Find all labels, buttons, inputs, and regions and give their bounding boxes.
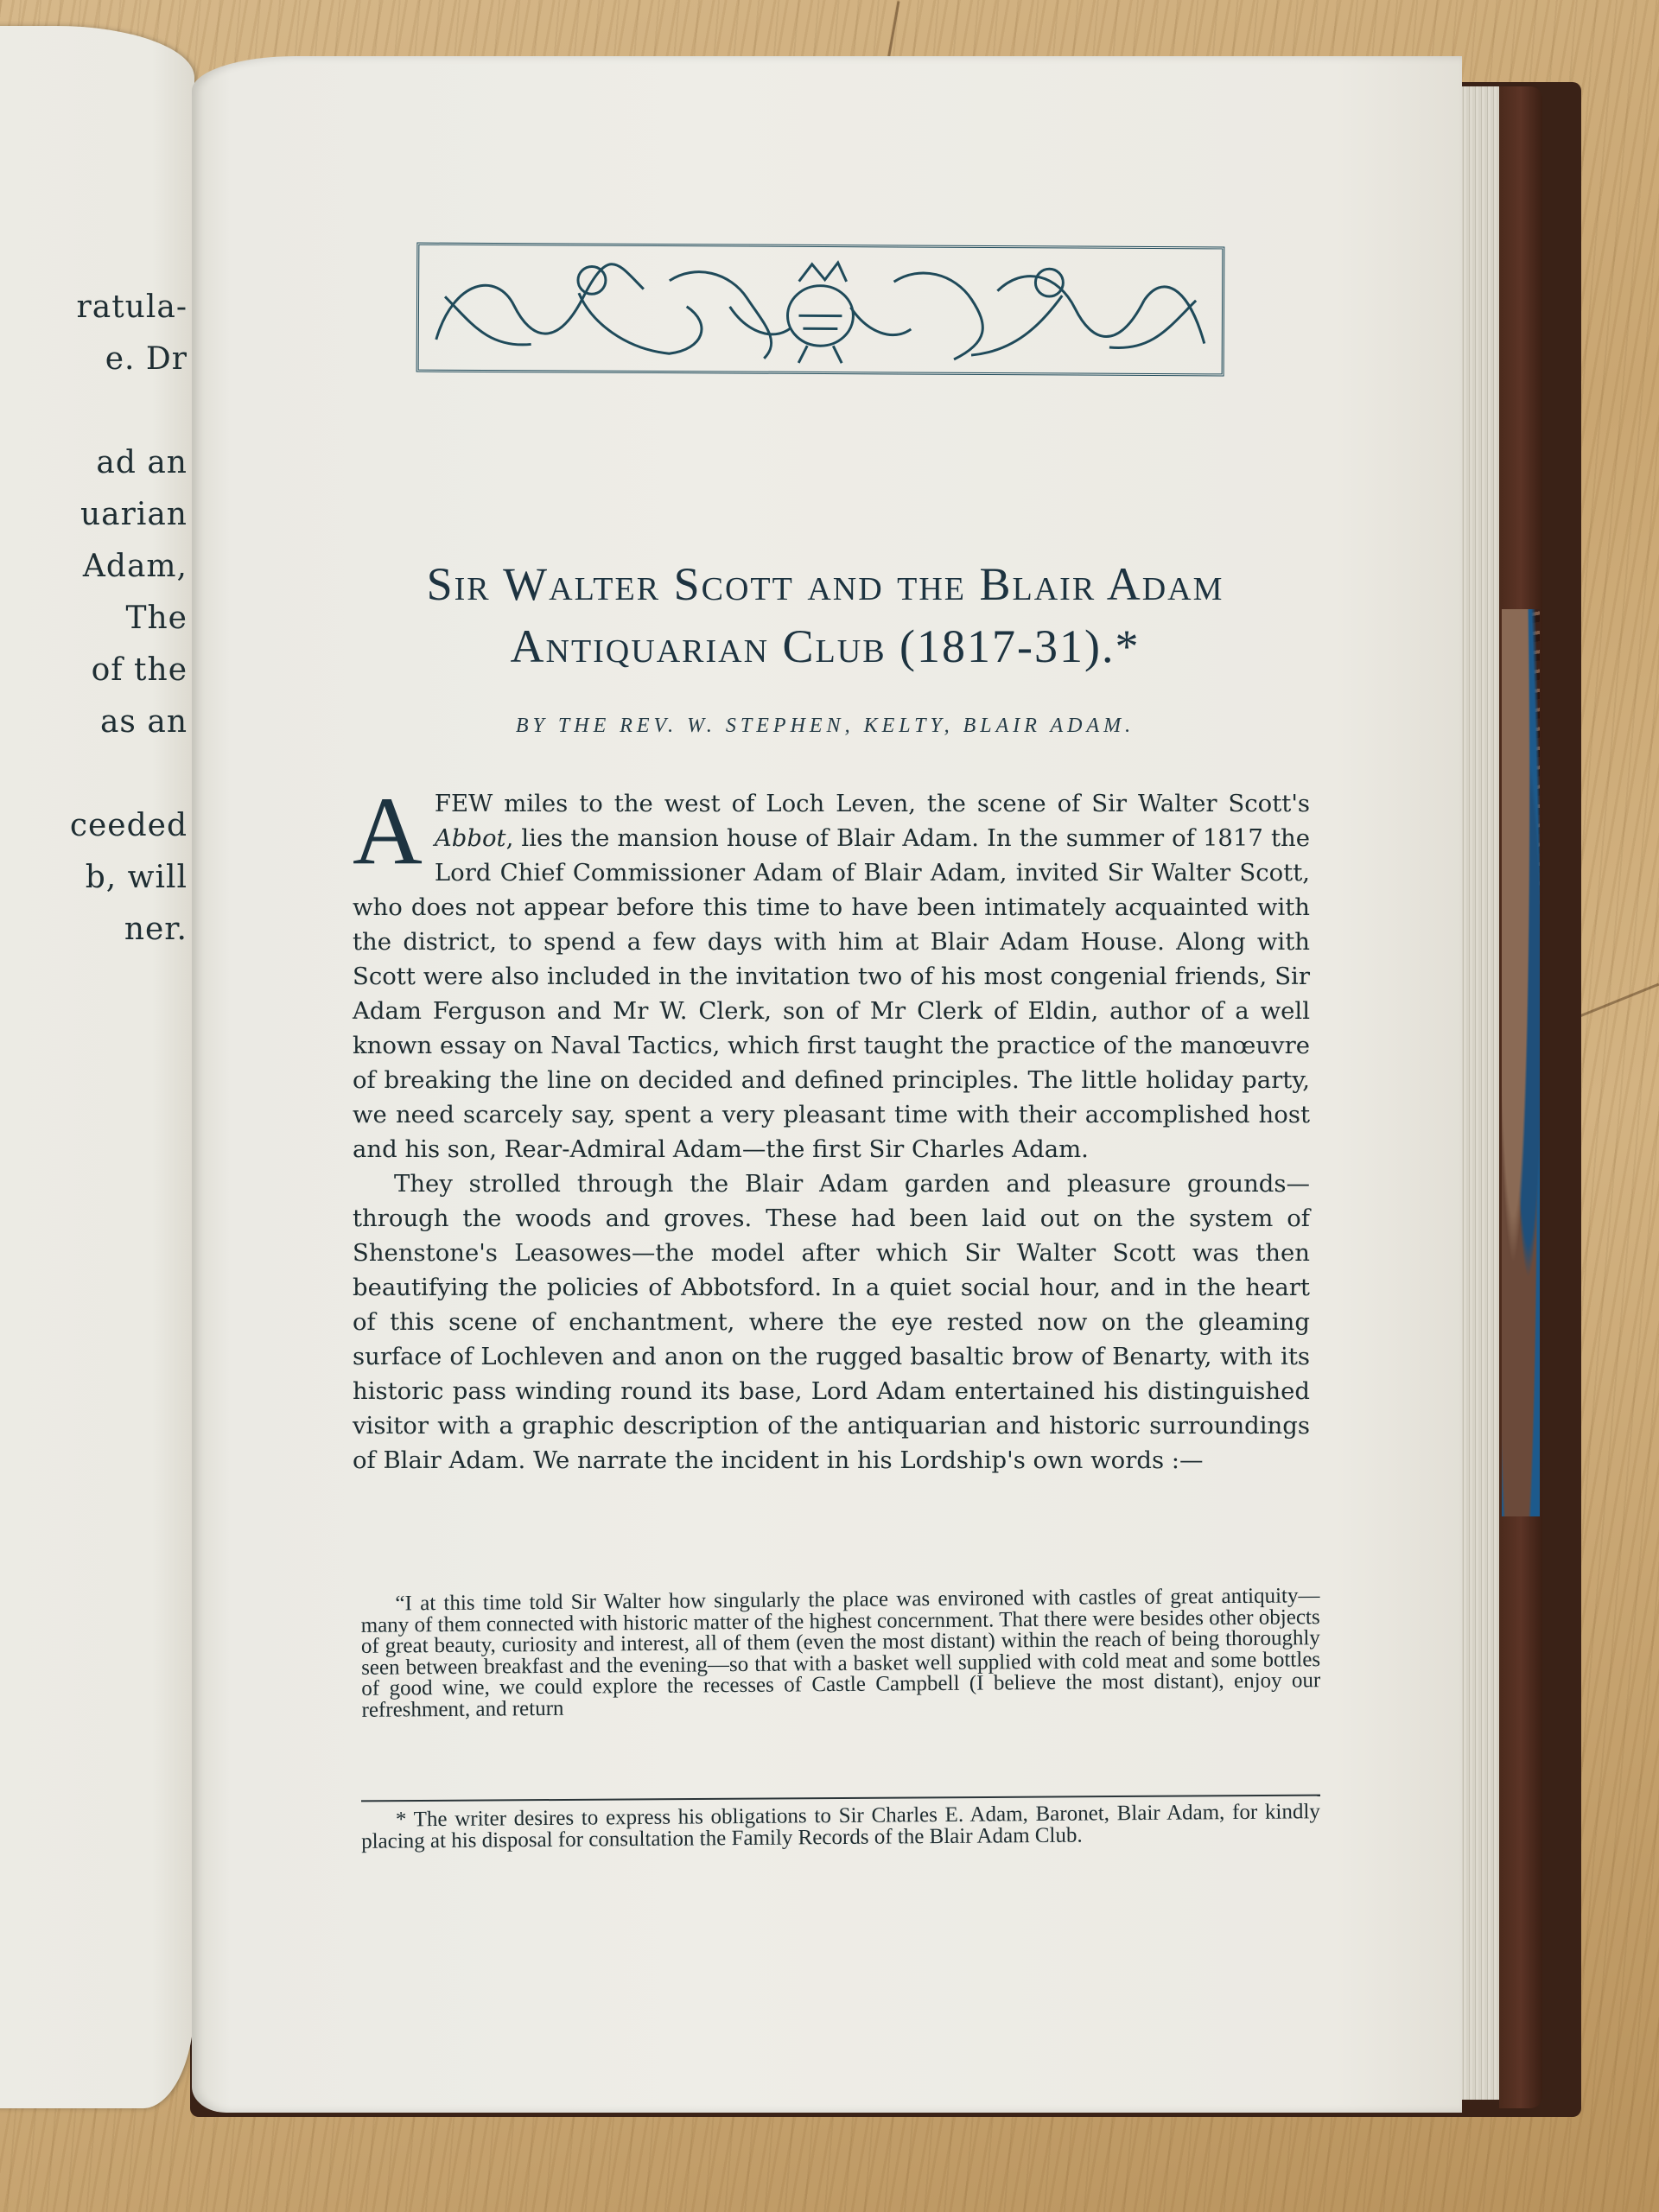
footnote-text: * The writer desires to express his obli… xyxy=(361,1802,1320,1853)
left-page-text-line: as an xyxy=(100,704,188,740)
article-title-line: Sir Walter Scott and the Blair Adam xyxy=(328,553,1322,615)
left-page-text-line: ad an xyxy=(96,445,188,480)
paragraph: AFEW miles to the west of Loch Leven, th… xyxy=(353,786,1310,1166)
left-page-text-line: Adam, xyxy=(83,549,188,584)
left-page-text-line: ner. xyxy=(124,912,188,947)
page-block-edges xyxy=(1460,86,1499,2100)
block-quote: “I at this time told Sir Walter how sing… xyxy=(360,1586,1320,1721)
left-page-text-line: of the xyxy=(92,652,188,688)
article-title-line: Antiquarian Club (1817-31).* xyxy=(328,615,1322,677)
left-page-text-line: ceeded xyxy=(70,808,188,843)
left-page-text-line: uarian xyxy=(80,497,188,532)
marbled-endpaper xyxy=(1502,609,1540,1516)
footnote: * The writer desires to express his obli… xyxy=(361,1802,1320,1853)
paragraph: They strolled through the Blair Adam gar… xyxy=(353,1166,1310,1478)
left-page-text-line: e. Dr xyxy=(105,341,188,377)
paragraph-text: miles to the west of Loch Leven, the sce… xyxy=(493,790,1310,817)
lead-word: FEW xyxy=(435,790,493,817)
left-page-text-line: ratula- xyxy=(77,289,188,325)
drop-cap: A xyxy=(353,791,423,871)
ornamental-headpiece-icon xyxy=(416,243,1225,377)
article-title: Sir Walter Scott and the Blair Adam Anti… xyxy=(328,553,1322,677)
left-page-text-line: The xyxy=(125,601,188,636)
italic-title: Abbot xyxy=(435,824,506,852)
left-page: ratula- e. Dr ad an uarian Adam, The of … xyxy=(0,26,194,2108)
article-byline: BY THE REV. W. STEPHEN, KELTY, BLAIR ADA… xyxy=(328,715,1322,738)
article-body: AFEW miles to the west of Loch Leven, th… xyxy=(353,786,1310,1478)
paragraph-text: , lies the mansion house of Blair Adam. … xyxy=(353,824,1310,1163)
left-page-text-line: b, will xyxy=(86,860,188,895)
quote-text: “I at this time told Sir Walter how sing… xyxy=(360,1586,1320,1721)
